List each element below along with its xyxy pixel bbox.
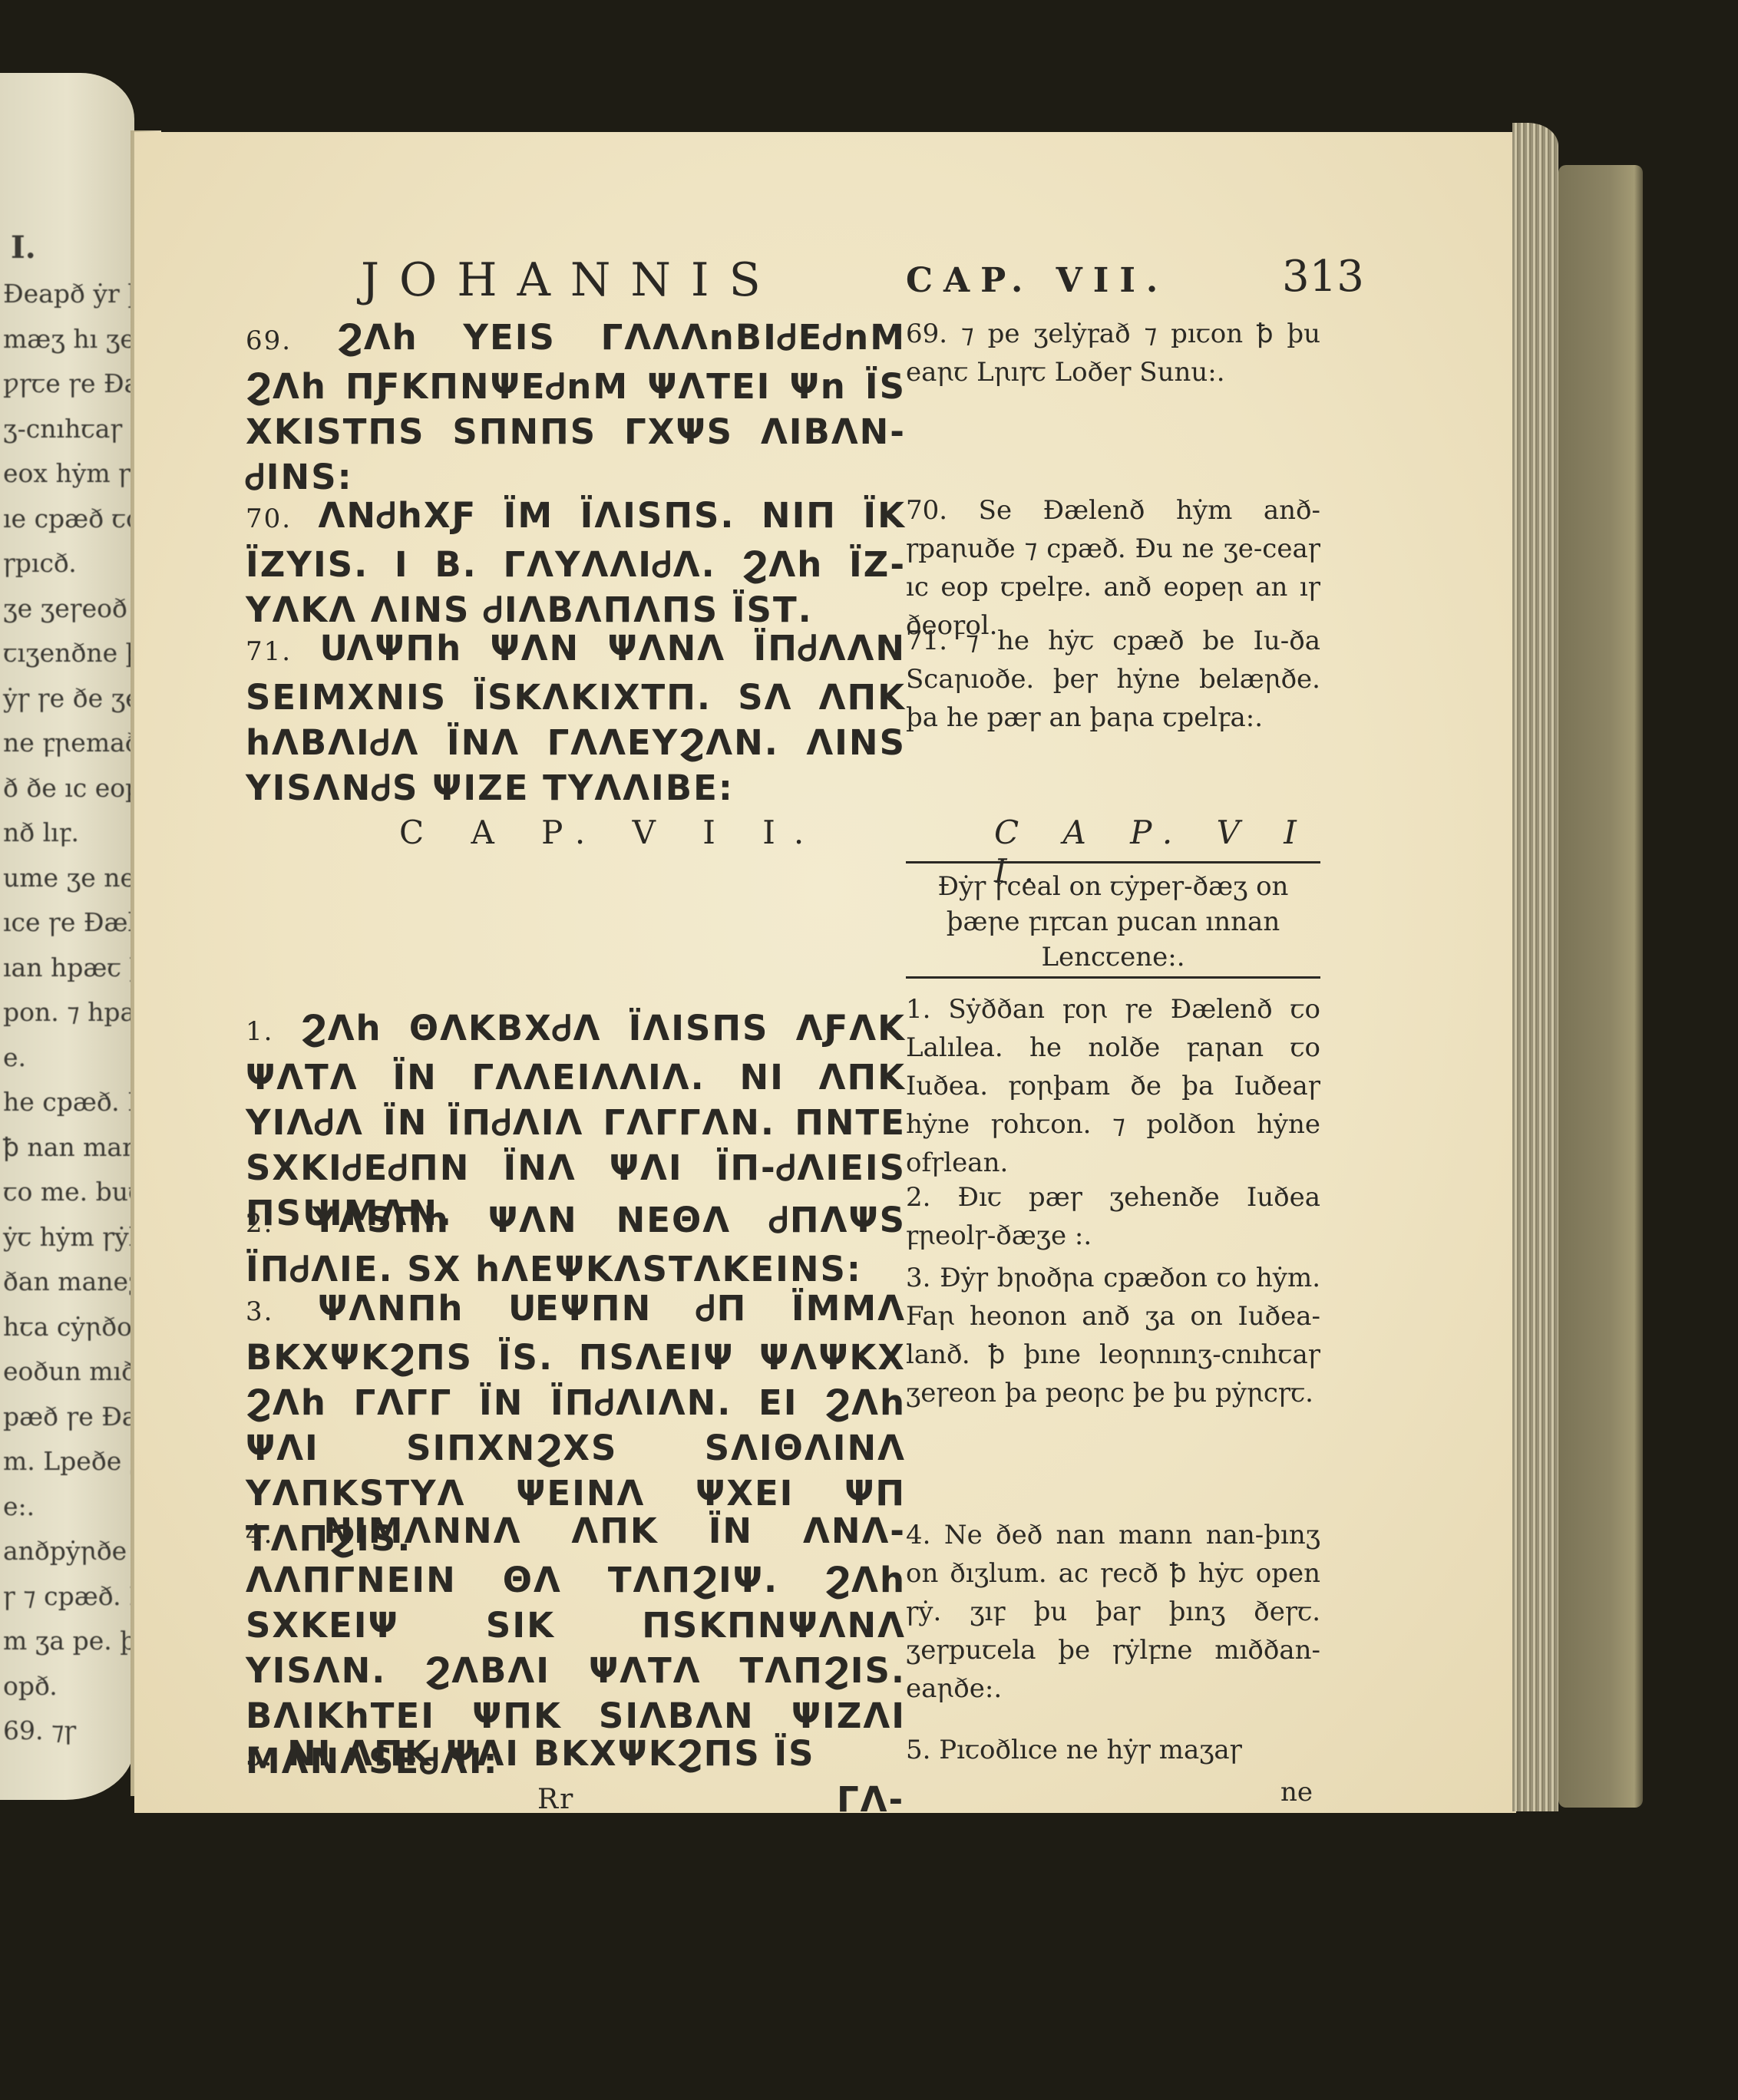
page-edges <box>1512 123 1558 1811</box>
verse-number: 70. <box>906 495 947 526</box>
verse-number: 71. <box>906 626 947 656</box>
page-number: 313 <box>1282 252 1364 302</box>
left-page-line: ıan hpæꞇ þa <box>3 950 134 986</box>
verse-text: ϨΛh ΥΕΙS ΓΛΛΛnΒΙᏧΕᏧnΜ ϨΛh ΠƑΚΠΝΨΕᏧnΜ ΨΛΤ… <box>246 317 906 497</box>
chapter-running-head: CAP. VII. <box>906 261 1168 300</box>
left-page-line: e:. <box>3 1489 35 1524</box>
running-head: JOHANNIS <box>361 253 781 307</box>
left-page-line: ʒ-cnıhꞇaꞅ mup- <box>3 411 134 447</box>
rubric-bottom-rule <box>906 976 1320 979</box>
verse-text: Sẏððan ꝼoꞃ ꞅe Ðælenð ꞇo Lalılea. he nolð… <box>906 994 1320 1178</box>
left-page-line: opð. <box>3 1669 58 1704</box>
rubric-top-rule <box>906 861 1320 863</box>
anglo-verse-3: 3. Ðẏꞅ bꞃoðꞃa cpæðon ꞇo hẏm. Faꞃ heonon … <box>906 1259 1320 1412</box>
left-page-line: ume ʒe ne ʒelı- <box>3 860 134 896</box>
left-page-line: ıe cpæð ꞇo hẏm <box>3 501 134 537</box>
anglo-verse-2: 2. Ðıꞇ pæꞅ ʒehenðe Iuðea ꝼꞃeolꞅ-ðæʒe :. <box>906 1178 1320 1255</box>
verse-text: ⁊ pe ʒelẏꝼað ⁊ pıꞇon ꝥ þu eaꞃꞇ Lꞃıꞅꞇ Loð… <box>906 319 1320 388</box>
left-page-line: ꞇıʒenðne þæp he <box>3 636 134 671</box>
left-page-line: mæʒ hı ʒehẏpan <box>3 322 134 357</box>
left-page-line: ð ðe ıc eop ꞅæð <box>3 771 134 806</box>
left-page-line: ʒe ʒeꞅeoð man- <box>3 591 134 626</box>
anglo-verse-5: 5. Pıꞇoðlıce ne hẏꞅ maʒaꞅ <box>906 1731 1320 1769</box>
left-page-line: m ʒa pe. þu hæꝼꞅ <box>3 1623 134 1659</box>
verse-text: Pıꞇoðlıce ne hẏꞅ maʒaꞅ <box>939 1735 1242 1765</box>
left-page-line: e. <box>3 1040 26 1075</box>
left-page-line: ẏꞇ hẏm ꞅẏlle:. <box>3 1220 134 1255</box>
gothic-verse-69: 69. ϨΛh ΥΕΙS ΓΛΛΛnΒΙᏧΕᏧnΜ ϨΛh ΠƑΚΠΝΨΕᏧnΜ… <box>246 315 906 500</box>
left-page-line: ꞅ ⁊ cpæð. Dꞃıh <box>3 1579 134 1614</box>
gothic-verse-71: 71. ՍΛΨΠh ΨΛΝ ΨΛΝΛ ÏΠᏧΛΛΝ SΕΙΜΧΝΙS ÏSΚΛΚ… <box>246 626 906 811</box>
verse-text: Ðẏꞅ bꞃoðꞃa cpæðon ꞇo hẏm. Faꞃ heonon anð… <box>906 1263 1320 1408</box>
left-page-line: nð lıꝼ. <box>3 815 79 850</box>
left-chapter-label: I. <box>11 230 36 266</box>
verse-number: 2. <box>906 1182 930 1213</box>
left-page-line: Ðeapð ẏr þeop <box>3 276 134 312</box>
left-page-line: ıce ꞅe Ðælenð <box>3 905 134 940</box>
verse-number: 5. <box>246 1742 273 1772</box>
left-page-line: ẏꞅ ꞅe ðe ʒelıꝼ- <box>3 681 134 716</box>
verse-text: ΝΙ ΛΠΚ ΨΛΙ ΒΚΧΨΚϨΠS ÏS <box>287 1733 814 1774</box>
left-page-line: eoðun mıð hẏm <box>3 1354 134 1389</box>
verse-number: 2. <box>246 1208 273 1239</box>
book-cover-edge <box>1558 165 1643 1808</box>
anglo-catchword: ne <box>1280 1773 1313 1811</box>
verse-number: 71. <box>246 636 292 667</box>
verse-number: 3. <box>246 1296 273 1327</box>
anglo-verse-4: 4. Ne ðeð nan mann nan-þınʒ on ðıʒlum. a… <box>906 1516 1320 1708</box>
verse-text: Se Ðælenð hẏm anð-ꞅpaꞃuðe ⁊ cpæð. Ðu ne … <box>906 495 1320 641</box>
verse-text: ⁊ he hẏꞇ cpæð be Iu-ða Scaꞃıoðe. þeꞅ hẏn… <box>906 626 1320 733</box>
verse-text: ՍΛΨΠh ΨΛΝ ΨΛΝΛ ÏΠᏧΛΛΝ SΕΙΜΧΝΙS ÏSΚΛΚΙΧΤΠ… <box>246 628 906 808</box>
left-page-line: ꞅpıcð. <box>3 546 77 581</box>
left-page-line: ꝥ nan man n <box>3 1130 134 1165</box>
left-page-line: 69. ⁊ꞅ <box>3 1713 76 1748</box>
verse-text: ΥΛSΠh ΨΛΝ ΝΕΘΛ ᏧΠΛΨS ÏΠᏧΛΙΕ. SΧ hΛΕΨΚΛSΤ… <box>246 1200 906 1289</box>
verse-text: Ðıꞇ pæꞅ ʒehenðe Iuðea ꝼꞃeolꞅ-ðæʒe :. <box>906 1182 1320 1251</box>
printer-signature: Rr <box>537 1777 574 1822</box>
gothic-chapter-heading: C A P. V I I. <box>399 810 822 855</box>
verse-number: 1. <box>246 1016 273 1047</box>
gothic-catchword: ΓΛ- <box>837 1777 904 1822</box>
anglo-verse-1: 1. Sẏððan ꝼoꞃ ꞅe Ðælenð ꞇo Lalılea. he n… <box>906 990 1320 1182</box>
left-page-line: anðpẏꞃðe hẏm S <box>3 1534 134 1569</box>
verse-number: 4. <box>246 1519 273 1550</box>
gothic-verse-2: 2. ΥΛSΠh ΨΛΝ ΝΕΘΛ ᏧΠΛΨS ÏΠᏧΛΙΕ. SΧ hΛΕΨΚ… <box>246 1197 906 1292</box>
anglo-verse-71: 71. ⁊ he hẏꞇ cpæð be Iu-ða Scaꞃıoðe. þeꞅ… <box>906 622 1320 737</box>
gothic-verse-70: 70. ΛΝᏧhΧƑ ÏΜ ÏΛΙSΠS. ΝΙΠ ÏΚ ÏΖΥΙS. Ι Β.… <box>246 493 906 632</box>
left-page-line: ƿꞅꞇe ꞅe Ðælenð <box>3 366 134 401</box>
verse-number: 4. <box>906 1520 930 1550</box>
verse-number: 3. <box>906 1263 930 1293</box>
left-page-line: ne ꝼꞃemað nan- <box>3 725 134 761</box>
verse-number: 69. <box>906 319 947 349</box>
lectionary-rubric: Ðẏꞅ ꞅceal on ꞇẏpeꞅ-ðæʒ on þæꞃe ꝼıꝼꞇan pu… <box>906 869 1320 975</box>
left-page-line: ꞇo me. buꞇo <box>3 1174 134 1210</box>
verse-number: 69. <box>246 325 292 356</box>
left-page-line: eox hẏm ꞅẏlꝼon <box>3 456 134 491</box>
left-page-line: hꞇa cẏꞃðon on <box>3 1309 134 1345</box>
verse-text: Ne ðeð nan mann nan-þınʒ on ðıʒlum. ac ꞅ… <box>906 1520 1320 1704</box>
left-page-fragment: I. Ðeapð ẏr þeopmæʒ hı ʒehẏpanƿꞅꞇe ꞅe Ðæ… <box>0 73 134 1800</box>
left-page-line: pæð ꞅe Ðælenð ꞇo <box>3 1399 134 1435</box>
gothic-verse-5: 5. ΝΙ ΛΠΚ ΨΛΙ ΒΚΧΨΚϨΠS ÏS <box>246 1731 906 1780</box>
verse-number: 1. <box>906 994 930 1025</box>
left-page-line: he cpæð. Foꞃþ <box>3 1085 134 1120</box>
verse-number: 5. <box>906 1735 930 1765</box>
left-page-line: pon. ⁊ hpa hẏ <box>3 995 134 1030</box>
verse-number: 70. <box>246 504 292 534</box>
anglo-verse-69: 69. ⁊ pe ʒelẏꝼað ⁊ pıꞇon ꝥ þu eaꞃꞇ Lꞃıꞅꞇ… <box>906 315 1320 391</box>
left-page-line: m. Lpeðe ʒe pẏll <box>3 1444 134 1479</box>
verse-text: ΛΝᏧhΧƑ ÏΜ ÏΛΙSΠS. ΝΙΠ ÏΚ ÏΖΥΙS. Ι Β. ΓΛΥ… <box>246 495 906 630</box>
left-page-line: ðan maneʒa hẏ <box>3 1264 134 1299</box>
